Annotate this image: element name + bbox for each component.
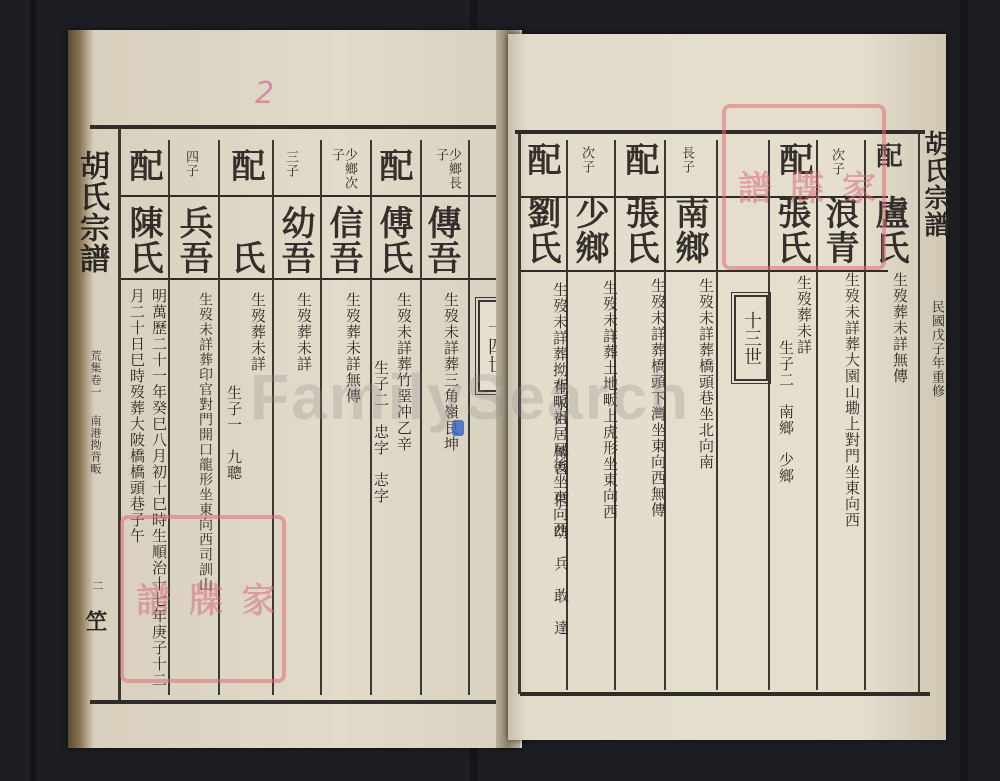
life-record: 生歿未詳葬大園山墈上對門坐東向西 (844, 272, 859, 572)
left-spine-volume: 荒集卷一 (90, 350, 101, 398)
life-record: 生歿葬未詳無傳 (892, 272, 907, 522)
left-spine-hall-mark: 笁 (84, 610, 106, 633)
person-name: 南鄉 (672, 195, 706, 265)
relation-label: 配 (622, 142, 656, 177)
library-seal-stamp: 譜 牒 家 (722, 104, 886, 270)
person-name: 幼吾 (278, 205, 312, 275)
person-name: 劉氏 (524, 195, 558, 265)
person-name: 信吾 (326, 205, 360, 275)
bottom-border (520, 692, 930, 696)
relation-label: 少鄉次子 (326, 148, 356, 192)
bottom-border (90, 700, 508, 704)
familysearch-watermark: FamilySearch (250, 360, 690, 434)
right-spine-title: 胡氏宗譜 (922, 130, 948, 280)
seal-char: 譜 (126, 582, 175, 616)
relation-label: 配 (126, 148, 160, 183)
right-spine-note: 民國戊子年重修 (930, 300, 943, 398)
seal-char: 家 (231, 582, 280, 616)
background-stripe (960, 0, 968, 781)
person-name: 陳氏 (126, 205, 160, 275)
relation-label: 配 (376, 148, 410, 183)
left-spine-branch: 南港拗背畈 (90, 415, 101, 475)
relation-label: 次子 (580, 146, 593, 174)
seal-char: 家 (832, 170, 881, 204)
seal-char: 牒 (780, 170, 829, 204)
relation-label: 配 (524, 142, 558, 177)
top-border (90, 125, 508, 129)
row-divider (118, 278, 508, 280)
relation-label: 配 (228, 148, 262, 183)
relation-label: 三子 (284, 150, 297, 178)
generation-label-13: 十三世 (734, 295, 768, 381)
row-divider (518, 270, 888, 272)
row-divider (118, 195, 508, 197)
left-spine-title: 胡氏宗譜 (76, 150, 106, 310)
seal-char: 牒 (178, 582, 227, 616)
life-record: 生歿未詳葬橋頭巷坐北向南 (698, 278, 713, 528)
person-name: 傳吾 (424, 205, 458, 275)
left-spine-page-number: 二 (92, 580, 103, 592)
person-name: 少鄉 (572, 195, 606, 265)
seal-char: 譜 (728, 170, 777, 204)
relation-label: 長子 (680, 146, 693, 174)
person-name: 張氏 (622, 195, 656, 265)
person-name: 傅氏 (376, 205, 410, 275)
person-name: 兵吾 (176, 205, 210, 275)
relation-label: 少鄉長子 (430, 148, 460, 192)
column-divider (716, 140, 718, 690)
relation-label: 四子 (184, 150, 197, 178)
children-record: 生子二 南鄉 少鄉 (778, 340, 793, 540)
person-name: 氏 (228, 240, 262, 275)
life-record: 生歿葬未詳 (796, 275, 811, 525)
library-seal-stamp: 譜 牒 家 (120, 515, 286, 683)
pencil-page-number: 2 (255, 76, 274, 111)
background-stripe (30, 0, 36, 781)
